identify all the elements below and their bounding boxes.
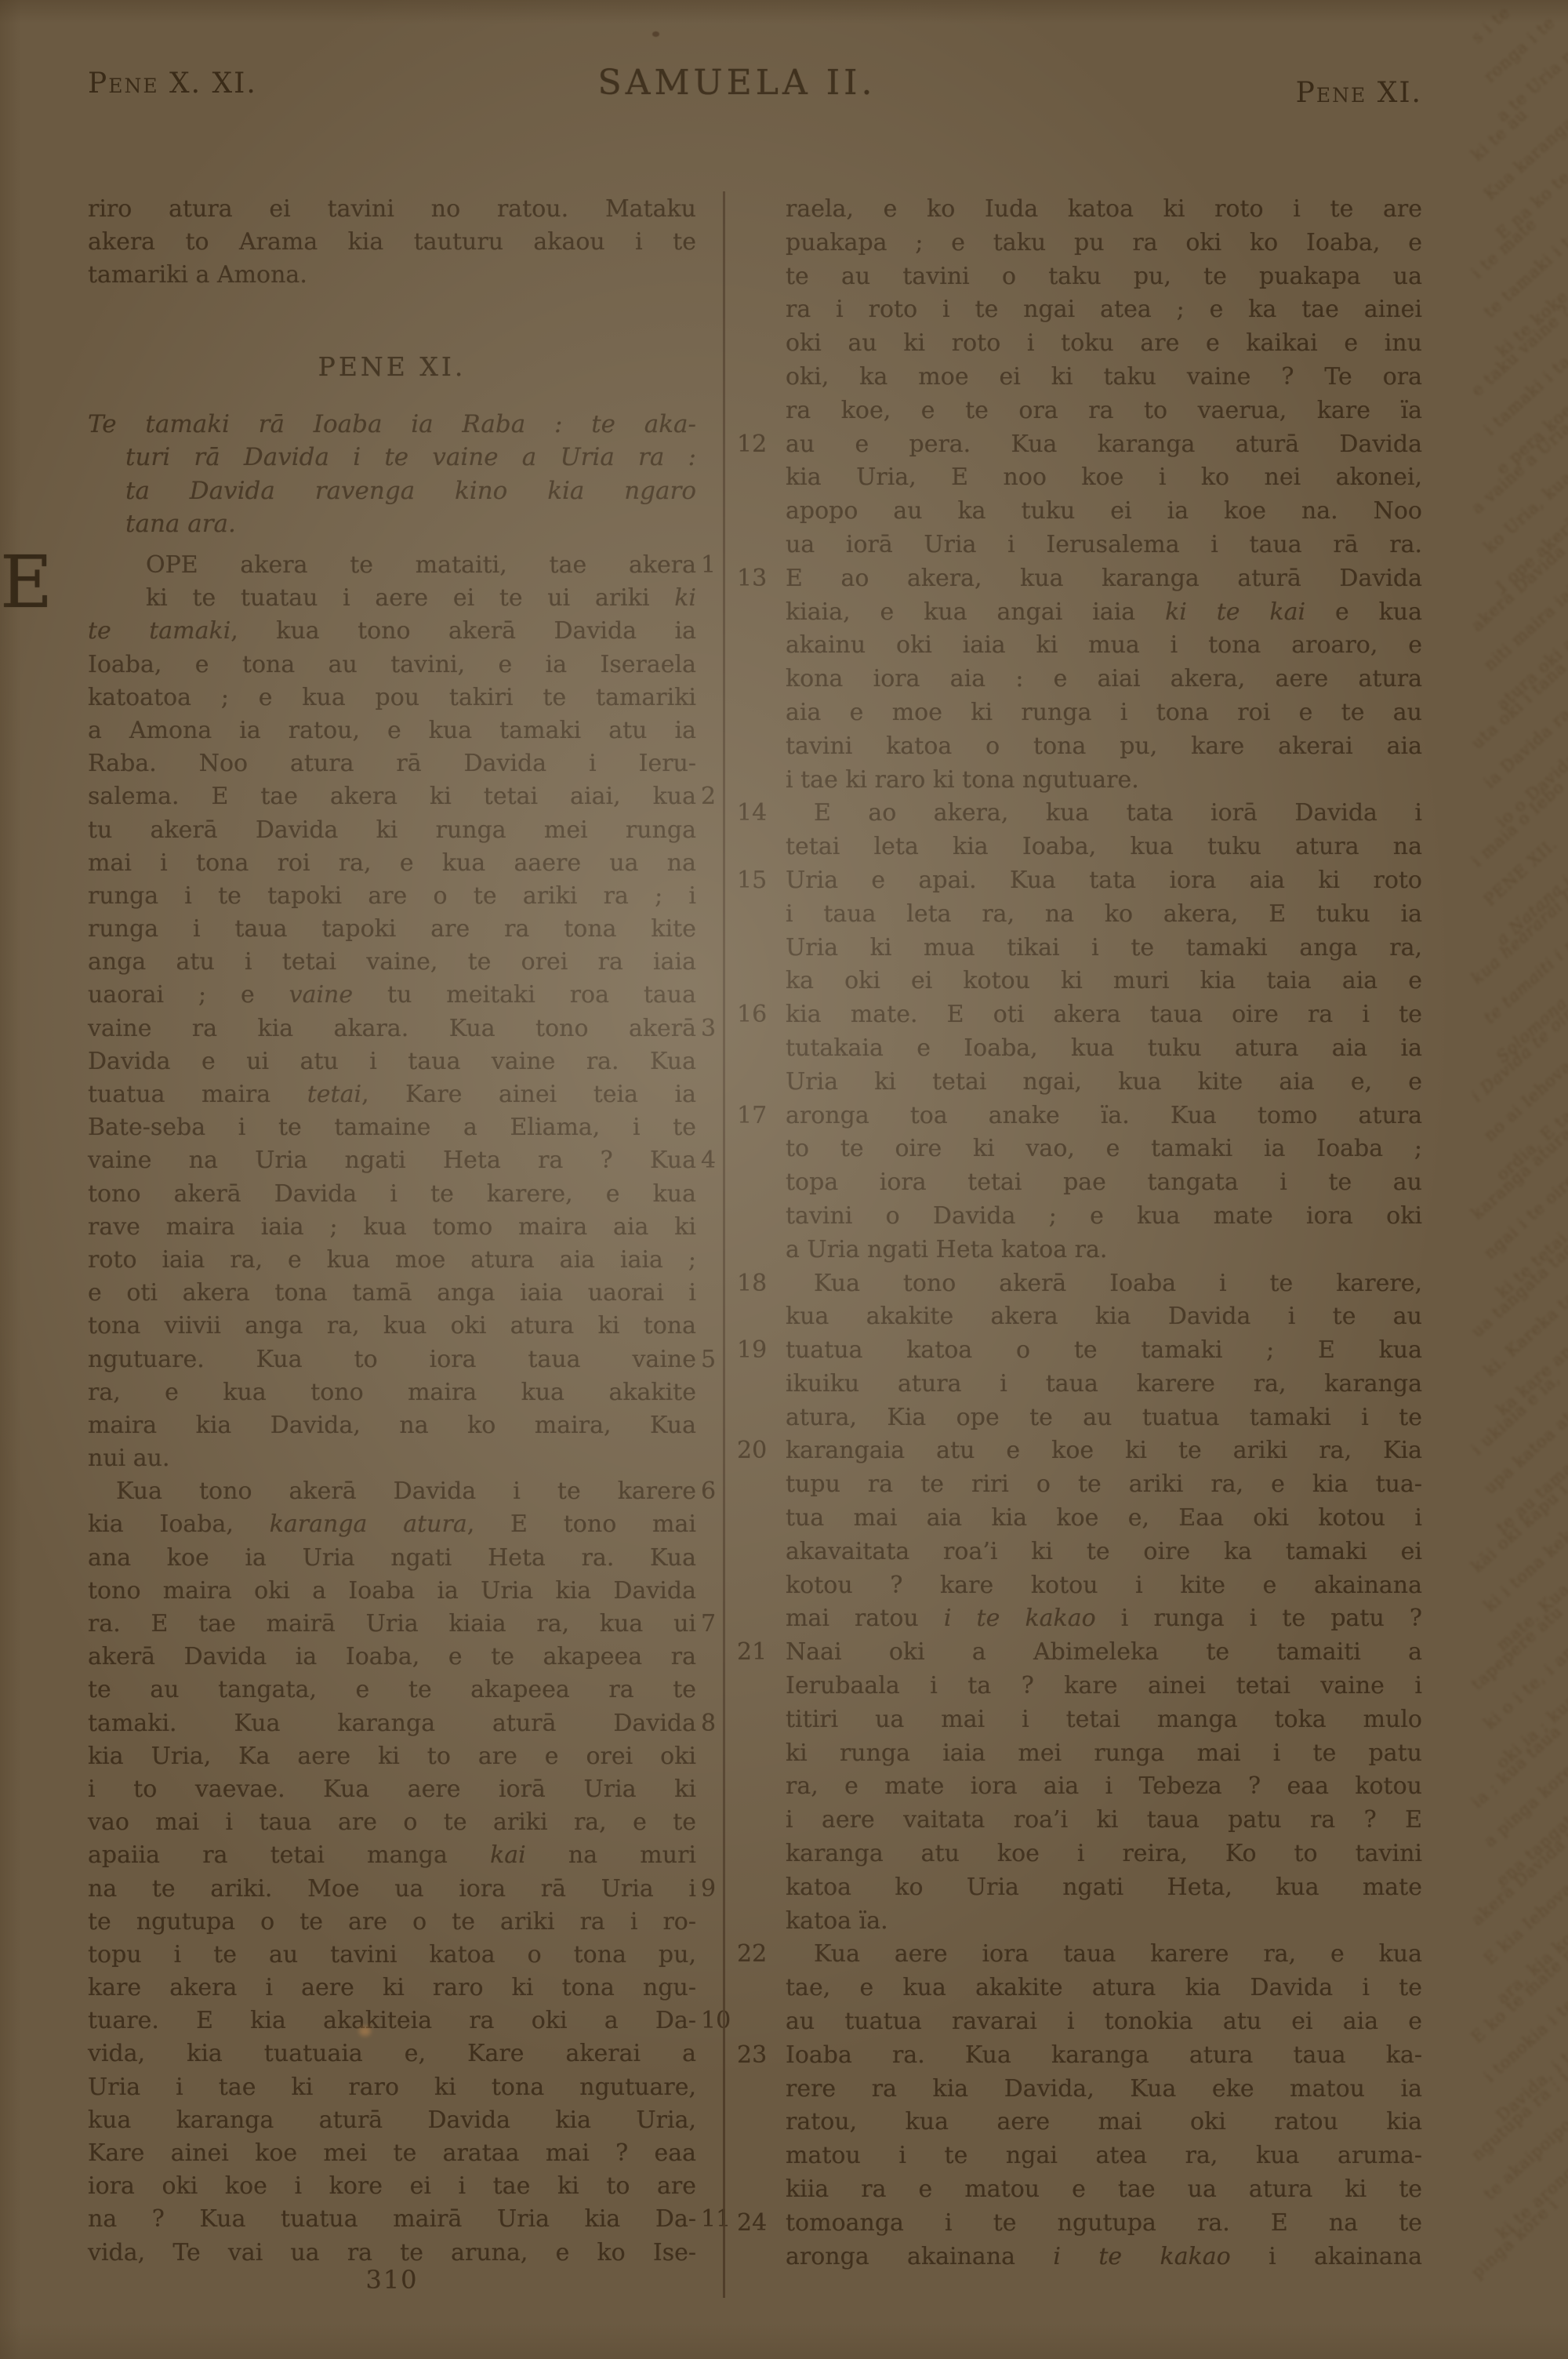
verse-number: 12: [737, 428, 773, 462]
text-line: 14E ao akera, kua tata iorā Davida i: [786, 797, 1422, 831]
italic-text: ki te kai: [1165, 598, 1305, 626]
text-line: tona viivii anga ra, kua oki atura ki to…: [88, 1310, 696, 1343]
line-text: , E tono mai: [467, 1510, 696, 1538]
line-text: ta Davida ravenga kino kia ngaro: [125, 477, 696, 505]
line-text: kare akera i aere ki raro ki tona ngu-: [88, 1974, 696, 2001]
text-line: kia Ioaba, karanga atura, E tono mai: [88, 1508, 696, 1541]
line-text: ra i roto i te ngai atea ; e ka tae aine…: [786, 296, 1422, 323]
line-text: akavaitata roa’i ki te oire ka tamaki ei: [786, 1538, 1422, 1565]
line-text: au e pera. Kua karanga aturā Davida: [786, 431, 1422, 458]
text-line: to te oire ki vao, e tamaki ia Ioaba ;: [786, 1132, 1422, 1166]
line-text: titiri ua mai i tetai manga toka mulo: [786, 1706, 1422, 1733]
text-line: 5ngutuare. Kua to iora taua vaine: [88, 1343, 696, 1376]
line-text: Uria ki tetai ngai, kua kite aia e, e: [786, 1068, 1422, 1096]
running-head-right: Pene XI.: [1296, 77, 1422, 109]
text-line: tu akerā Davida ki runga mei runga: [88, 814, 696, 847]
line-text: mai ratou: [786, 1605, 944, 1632]
verse-number: 17: [737, 1100, 773, 1133]
text-line: 10tuare. E kia akakiteia ra oki a Da-: [88, 2005, 696, 2037]
text-line: katoa ko Uria ngati Heta, kua mate: [786, 1871, 1422, 1905]
line-text: ua iorā Uria i Ierusalema i taua rā ra.: [786, 531, 1422, 558]
blurred-text-fragment: tapepere atu: [1468, 1602, 1566, 1694]
italic-text: te tamaki: [88, 617, 230, 645]
text-line: ta Davida ravenga kino kia ngaro: [88, 474, 696, 507]
line-text: tupu ra te riri o te ariki ra, e kia tua…: [786, 1470, 1422, 1498]
text-line: vao mai i taua are o te ariki ra, e te: [88, 1806, 696, 1839]
text-line: kiia ra e matou e tae ua atura ki te: [786, 2173, 1422, 2207]
drop-cap: E: [0, 551, 53, 623]
text-line: te tamaki, kua tono akerā Davida ia: [88, 615, 696, 648]
text-line: a Amona ia ratou, e kua tamaki atu ia: [88, 714, 696, 747]
verse-number: 7: [701, 1608, 737, 1641]
line-text: kia Uria, Ka aere ki to are e orei oki: [88, 1743, 696, 1770]
italic-text: ki: [674, 584, 696, 612]
line-text: te au tavini o taku pu, te puakapa ua: [786, 263, 1422, 290]
text-line: uaorai ; e vaine tu meitaki roa taua: [88, 979, 696, 1012]
line-text: katoa ko Uria ngati Heta, kua mate: [786, 1874, 1422, 1901]
text-line: 4vaine na Uria ngati Heta ra ? Kua: [88, 1144, 696, 1177]
line-text: ngutuare. Kua to iora taua vaine: [88, 1346, 696, 1373]
line-text: rave maira iaia ; kua tomo maira aia ki: [88, 1213, 696, 1241]
line-text: oki au ki roto i toku are e kaikai e inu: [786, 329, 1422, 357]
line-text: apaiia ra tetai manga: [88, 1841, 490, 1869]
line-text: kia Ioaba,: [88, 1510, 270, 1538]
text-line: ra koe, e te ora ra to vaerua, kare ïa: [786, 394, 1422, 428]
text-line: roto iaia ra, e kua moe atura aia iaia ;: [88, 1244, 696, 1277]
line-text: kiaia, e kua angai iaia: [786, 598, 1165, 626]
blurred-text-fragment: a vaine a Uria: [1468, 418, 1568, 518]
line-text: vaine ra kia akara. Kua tono akerā: [88, 1015, 696, 1042]
line-text: atura, Kia ope te au tuatua tamaki i te: [786, 1404, 1422, 1431]
verse-number: 18: [737, 1267, 773, 1301]
foxing-spot: [359, 2026, 371, 2036]
page-number: 310: [88, 2265, 696, 2295]
verse-number: 23: [737, 2039, 773, 2073]
text-line: ana koe ia Uria ngati Heta ra. Kua: [88, 1542, 696, 1575]
line-text: tavini katoa o tona pu, kare akerai aia: [786, 732, 1422, 760]
text-line: ua iorā Uria i Ierusalema i taua rā ra.: [786, 529, 1422, 562]
line-text: kia Uria, E noo koe i ko nei akonei,: [786, 463, 1422, 491]
text-line: apopo au ka tuku ei ia koe na. Noo: [786, 495, 1422, 529]
text-line: 19tuatua katoa o te tamaki ; E kua: [786, 1334, 1422, 1368]
line-text: roto iaia ra, e kua moe atura aia iaia ;: [88, 1246, 696, 1274]
verse-number: 21: [737, 1636, 773, 1670]
line-text: tono akerā Davida i te karere, e kua: [88, 1180, 696, 1208]
line-text: karanga atu koe i reira, Ko to tavini: [786, 1840, 1422, 1867]
line-text: iora oki koe i kore ei i tae ki to are: [88, 2172, 696, 2200]
text-line: 20karangaia atu e koe ki te ariki ra, Ki…: [786, 1434, 1422, 1468]
blurred-text-fragment: akerā Davida: [1468, 541, 1568, 635]
line-text: na te ariki. Moe ua iora rā Uria i: [88, 1875, 696, 1903]
text-line: kua akakite akera kia Davida i te au: [786, 1300, 1422, 1334]
text-line: akavaitata roa’i ki te oire ka tamaki ei: [786, 1536, 1422, 1569]
line-text: akera to Arama kia tauturu akaou i te: [88, 228, 696, 256]
line-text: kiia ra e matou e tae ua atura ki te: [786, 2175, 1422, 2203]
line-text: i to vaevae. Kua aere iorā Uria ki: [88, 1776, 696, 1803]
text-line: 2salema. E tae akera ki tetai aiai, kua: [88, 780, 696, 813]
text-line: apaiia ra tetai manga kai na muri: [88, 1839, 696, 1872]
line-text: katoatoa ; e kua pou takiri te tamariki: [88, 684, 696, 711]
verse-number: 13: [737, 562, 773, 596]
verse-number: 10: [701, 2005, 737, 2037]
line-text: ana koe ia Uria ngati Heta ra. Kua: [88, 1544, 696, 1572]
line-text: apopo au ka tuku ei ia koe na. Noo: [786, 497, 1422, 525]
line-text: , Kare ainei teia ia: [361, 1081, 696, 1108]
line-text: vao mai i taua are o te ariki ra, e te: [88, 1808, 696, 1836]
blurred-text-fragment: kāi oki kapu i: [1468, 1480, 1568, 1576]
text-line: ra, e kua tono maira kua akakite: [88, 1376, 696, 1409]
text-line: titiri ua mai i tetai manga toka mulo: [786, 1703, 1422, 1737]
text-line: 12au e pera. Kua karanga aturā Davida: [786, 428, 1422, 462]
line-text: aronga akainana: [786, 2243, 1053, 2270]
text-line: karanga atu koe i reira, Ko to tavini: [786, 1837, 1422, 1871]
line-text: Uria i tae ki raro ki tona ngutuare,: [88, 2074, 696, 2101]
text-line: tae, e kua akakite atura kia Davida i te: [786, 1972, 1422, 2005]
text-line: runga i te tapoki are o te ariki ra ; i: [88, 880, 696, 913]
line-text: tono maira oki a Ioaba ia Uria kia David…: [88, 1577, 696, 1605]
italic-text: i te kakao: [944, 1605, 1096, 1632]
text-line: 8tamaki. Kua karanga aturā Davida: [88, 1707, 696, 1740]
text-line: e oti akera tona tamā anga iaia uaorai i: [88, 1277, 696, 1310]
text-line: vida, kia tuatuaia e, Kare akerai a: [88, 2037, 696, 2070]
text-line: anga atu i tetai vaine, te orei ra iaia: [88, 946, 696, 979]
text-line: Te tamaki rā Ioaba ia Raba : te aka-: [88, 408, 696, 441]
line-text: Ioaba, e tona au tavini, e ia Iseraela: [88, 651, 696, 678]
line-text: E ao akera, kua karanga aturā Davida: [786, 565, 1422, 592]
text-line: turi rā Davida i te vaine a Uria ra :: [88, 441, 696, 474]
book-photo: Pene X. XI. SAMUELA II. Pene XI. riro at…: [0, 0, 1568, 2359]
line-text: rere ra kia Davida, Kua eke matou ia: [786, 2075, 1422, 2103]
text-line: raela, e ko Iuda katoa ki roto i te are: [786, 193, 1422, 227]
line-text: uaorai ; e: [88, 981, 289, 1009]
text-line: tavini katoa o tona pu, kare akerai aia: [786, 730, 1422, 764]
line-text: turi rā Davida i te vaine a Uria ra :: [125, 443, 696, 471]
text-line: te au tangata, e te akapeea ra te: [88, 1674, 696, 1707]
line-text: kona iora aia : e aiai akera, aere atura: [786, 665, 1422, 692]
text-line: tetai leta kia Ioaba, kua tuku atura na: [786, 831, 1422, 864]
text-line: ikuiku atura i taua karere ra, karanga: [786, 1368, 1422, 1401]
line-text: i runga i te patu ?: [1096, 1605, 1422, 1632]
verse-number: 11: [701, 2203, 737, 2236]
text-line: 6Kua tono akerā Davida i te karere: [88, 1475, 696, 1508]
line-text: ki runga iaia mei runga mai i te patu: [786, 1739, 1422, 1767]
text-line: mai ratou i te kakao i runga i te patu ?: [786, 1602, 1422, 1636]
line-text: tu meitaki roa taua: [353, 981, 696, 1009]
line-text: riro atura ei tavini no ratou. Mataku: [88, 195, 696, 223]
line-text: te ngutupa o te are o te ariki ra i ro-: [88, 1908, 696, 1936]
line-text: kia mate. E oti akera taua oire ra i te: [786, 1001, 1422, 1028]
text-line: Raba. Noo atura rā Davida i Ieru-: [88, 747, 696, 780]
line-text: akainu oki iaia ki mua i tona aroaro, e: [786, 631, 1422, 659]
line-text: Uria e apai. Kua tata iora aia ki roto: [786, 867, 1422, 894]
italic-text: i te kakao: [1053, 2243, 1230, 2270]
line-text: aia e moe ki runga i tona roi e te au: [786, 699, 1422, 726]
line-text: Ioaba ra. Kua karanga atura taua ka-: [786, 2041, 1422, 2069]
line-text: ra, e kua tono maira kua akakite: [88, 1379, 696, 1406]
verse-number: 15: [737, 864, 773, 898]
text-line: 15Uria e apai. Kua tata iora aia ki roto: [786, 864, 1422, 898]
text-line: 18Kua tono akerā Ioaba i te karere,: [786, 1267, 1422, 1301]
line-text: tua mai aia kia koe e, Eaa oki kotou i: [786, 1504, 1422, 1532]
text-line: matou i te ngai atea ra, kua aruma-: [786, 2139, 1422, 2173]
text-line: kare akera i aere ki raro ki tona ngu-: [88, 1972, 696, 2005]
line-text: to te oire ki vao, e tamaki ia Ioaba ;: [786, 1135, 1422, 1162]
line-text: na muri: [526, 1841, 696, 1869]
line-text: runga i te tapoki are o te ariki ra ; i: [88, 882, 696, 910]
italic-text: karanga atura: [270, 1510, 467, 1538]
verse-number: 4: [701, 1144, 737, 1177]
line-text: e oti akera tona tamā anga iaia uaorai i: [88, 1279, 696, 1307]
text-line: 7ra. E tae mairā Uria kiaia ra, kua ui: [88, 1608, 696, 1641]
italic-text: kai: [490, 1841, 526, 1869]
verse-number: 2: [701, 780, 737, 813]
blurred-text-fragment: e taku vaine ?: [1468, 301, 1568, 400]
text-line: 21Naai oki a Abimeleka te tamaiti a: [786, 1636, 1422, 1670]
line-text: matou i te ngai atea ra, kua aruma-: [786, 2142, 1422, 2169]
line-text: Kare ainei koe mei te arataa mai ? eaa: [88, 2139, 696, 2167]
right-column: raela, e ko Iuda katoa ki roto i te arep…: [786, 193, 1422, 2274]
line-text: kua akakite akera kia Davida i te au: [786, 1303, 1422, 1330]
text-line: 24tomoanga i te ngutupa ra. E na te: [786, 2207, 1422, 2241]
text-line: katoatoa ; e kua pou takiri te tamariki: [88, 682, 696, 714]
blurred-text-fragment: i maia o Iebo: [1468, 777, 1568, 871]
verse-number: 22: [737, 1938, 773, 1972]
line-text: oki, ka moe ei ki taku vaine ? Te ora: [786, 363, 1422, 391]
text-line: ratou, kua aere mai oki ratou kia: [786, 2106, 1422, 2139]
text-line: atura, Kia ope te au tuatua tamaki i te: [786, 1401, 1422, 1435]
text-line: a Uria ngati Heta katoa ra.: [786, 1234, 1422, 1267]
text-line: 13E ao akera, kua karanga aturā Davida: [786, 562, 1422, 596]
text-line: ra, e mate iora aia i Tebeza ? eaa kotou: [786, 1770, 1422, 1804]
verse-number: 6: [701, 1475, 737, 1508]
verse-number: 1: [701, 549, 737, 582]
text-line: ra i roto i te ngai atea ; e ka tae aine…: [786, 293, 1422, 327]
chapter-heading: PENE XI.: [88, 351, 696, 382]
verse-number: 14: [737, 797, 773, 831]
line-text: Raba. Noo atura rā Davida i Ieru-: [88, 750, 696, 777]
text-line: Uria ki tetai ngai, kua kite aia e, e: [786, 1066, 1422, 1100]
line-text: Kua aere iora taua karere ra, e kua: [814, 1940, 1422, 1968]
text-line: tavini o Davida ; e kua mate iora oki: [786, 1200, 1422, 1234]
text-line: topu i te au tavini katoa o tona pu,: [88, 1939, 696, 1972]
line-text: vaine na Uria ngati Heta ra ? Kua: [88, 1147, 696, 1174]
line-text: tuatua katoa o te tamaki ; E kua: [786, 1336, 1422, 1364]
text-line: kia Uria, Ka aere ki to are e orei oki: [88, 1740, 696, 1773]
text-line: i to vaevae. Kua aere iorā Uria ki: [88, 1773, 696, 1806]
text-line: puakapa ; e taku pu ra oki ko Ioaba, e: [786, 227, 1422, 260]
text-line: 3vaine ra kia akara. Kua tono akerā: [88, 1012, 696, 1045]
verse-number: 24: [737, 2207, 773, 2241]
line-text: tana ara.: [125, 510, 236, 538]
text-line: runga i taua tapoki are ra tona kite: [88, 913, 696, 946]
text-line: iora oki koe i kore ei i tae ki to are: [88, 2170, 696, 2203]
text-line: 23Ioaba ra. Kua karanga atura taua ka-: [786, 2039, 1422, 2073]
text-line: rere ra kia Davida, Kua eke matou ia: [786, 2073, 1422, 2106]
text-line: nui au.: [88, 1442, 696, 1475]
line-text: te au tangata, e te akapeea ra te: [88, 1676, 696, 1703]
blurred-text-fragment: s i te: [1468, 2, 1514, 46]
verse-number: 3: [701, 1012, 737, 1045]
line-text: ikuiku atura i taua karere ra, karanga: [786, 1370, 1422, 1398]
line-text: i aere vaitata roa’i ki taua patu ra ? E: [786, 1806, 1422, 1834]
text-line: Bate-seba i te tamaine a Eliama, i te: [88, 1111, 696, 1144]
line-text: akerā Davida ia Ioaba, e te akapeea ra: [88, 1643, 696, 1670]
text-line: ka oki ei kotou ki muri kia taia aia e: [786, 965, 1422, 998]
line-text: ra. E tae mairā Uria kiaia ra, kua ui: [88, 1610, 696, 1637]
line-text: Davida e ui atu i taua vaine ra. Kua: [88, 1048, 696, 1075]
verse-number: 8: [701, 1707, 737, 1740]
text-line: au tuatua ravarai i tonokia atu ei aia e: [786, 2005, 1422, 2039]
text-line: tuatua maira tetai, Kare ainei teia ia: [88, 1078, 696, 1111]
line-text: puakapa ; e taku pu ra oki ko Ioaba, e: [786, 229, 1422, 256]
text-line: 17aronga toa anake ïa. Kua tomo atura: [786, 1100, 1422, 1133]
line-text: tamaki. Kua karanga aturā Davida: [88, 1710, 696, 1737]
text-line: aronga akainana i te kakao i akainana: [786, 2241, 1422, 2274]
line-text: aronga toa anake ïa. Kua tomo atura: [786, 1102, 1422, 1129]
text-line: Ierubaala i ta ? kare ainei tetai vaine …: [786, 1670, 1422, 1703]
line-text: ra, e mate iora aia i Tebeza ? eaa kotou: [786, 1772, 1422, 1800]
line-text: ka oki ei kotou ki muri kia taia aia e: [786, 967, 1422, 994]
line-text: Bate-seba i te tamaine a Eliama, i te: [88, 1114, 696, 1141]
line-text: tu akerā Davida ki runga mei runga: [88, 816, 696, 844]
ink-dot: [652, 31, 659, 37]
line-text: na ? Kua tuatua mairā Uria kia Da-: [88, 2205, 696, 2233]
text-line: te ngutupa o te are o te ariki ra i ro-: [88, 1906, 696, 1939]
adjacent-page-edge: s i teronga i tea te Uria ngatiki te auK…: [1441, 0, 1568, 2359]
line-text: anga atu i tetai vaine, te orei ra iaia: [88, 948, 696, 976]
line-text: tuare. E kia akakiteia ra oki a Da-: [88, 2007, 696, 2034]
text-line: kua karanga aturā Davida kia Uria,: [88, 2104, 696, 2137]
line-text: ki te tuatau i aere ei te ui ariki: [146, 584, 674, 612]
text-line: ki te tuatau i aere ei te ui ariki ki: [88, 582, 696, 615]
text-line: 9na te ariki. Moe ua iora rā Uria i: [88, 1873, 696, 1906]
verse-number: 19: [737, 1334, 773, 1368]
line-text: katoa ïa.: [786, 1907, 888, 1935]
text-line: topa iora tetai pae tangata i te au: [786, 1166, 1422, 1200]
line-text: E ao akera, kua tata iorā Davida i: [814, 799, 1422, 827]
blurred-text-fragment: uta oki i tana: [1468, 658, 1568, 753]
text-line: Kare ainei koe mei te arataa mai ? eaa: [88, 2137, 696, 2170]
text-line: 16kia mate. E oti akera taua oire ra i t…: [786, 998, 1422, 1032]
line-text: tamariki a Amona.: [88, 261, 307, 289]
text-line: ki runga iaia mei runga mai i te patu: [786, 1737, 1422, 1771]
line-text: runga i taua tapoki are ra tona kite: [88, 915, 696, 943]
line-text: i akainana: [1231, 2243, 1422, 2270]
line-text: e kua: [1305, 598, 1422, 626]
line-text: raela, e ko Iuda katoa ki roto i te are: [786, 195, 1422, 223]
line-text: i taua leta ra, na ko akera, E tuku ia: [786, 900, 1422, 928]
book-title: SAMUELA II.: [345, 63, 1129, 103]
verse-number: 9: [701, 1873, 737, 1906]
text-line: tutakaia e Ioaba, kua tuku atura aia ia: [786, 1032, 1422, 1066]
text-line: kona iora aia : e aiai akera, aere atura: [786, 663, 1422, 696]
line-text: tomoanga i te ngutupa ra. E na te: [786, 2209, 1422, 2237]
column-divider-rule: [723, 191, 725, 2298]
text-line: katoa ïa.: [786, 1905, 1422, 1939]
italic-text: tetai: [307, 1081, 361, 1108]
line-text: tavini o Davida ; e kua mate iora oki: [786, 1202, 1422, 1230]
line-text: Naai oki a Abimeleka te tamaiti a: [786, 1638, 1422, 1666]
line-text: tutakaia e Ioaba, kua tuku atura aia ia: [786, 1034, 1422, 1062]
text-line: 22Kua aere iora taua karere ra, e kua: [786, 1938, 1422, 1972]
line-text: a Uria ngati Heta katoa ra.: [786, 1236, 1107, 1263]
text-line: tono akerā Davida i te karere, e kua: [88, 1178, 696, 1211]
text-line: 11na ? Kua tuatua mairā Uria kia Da-: [88, 2203, 696, 2236]
text-line: Davida e ui atu i taua vaine ra. Kua: [88, 1045, 696, 1078]
text-line: Uria ki mua tikai i te tamaki anga ra,: [786, 932, 1422, 965]
text-line: 1OPE akera te mataiti, tae akera: [88, 549, 696, 582]
line-text: nui au.: [88, 1445, 170, 1472]
line-text: vida, kia tuatuaia e, Kare akerai a: [88, 2040, 696, 2067]
text-line: akainu oki iaia ki mua i tona aroaro, e: [786, 629, 1422, 663]
line-text: vida, Te vai ua ra te aruna, e ko Ise-: [88, 2239, 696, 2266]
line-text: tetai leta kia Ioaba, kua tuku atura na: [786, 833, 1422, 860]
text-line: tono maira oki a Ioaba ia Uria kia David…: [88, 1575, 696, 1608]
line-text: Te tamaki rā Ioaba ia Raba : te aka-: [88, 410, 696, 438]
line-text: Ierubaala i ta ? kare ainei tetai vaine …: [786, 1672, 1422, 1699]
text-line: mai i tona roi ra, e kua aaere ua na: [88, 847, 696, 880]
text-line: kotou ? kare kotou i kite e akainana: [786, 1569, 1422, 1603]
line-text: mai i tona roi ra, e kua aaere ua na: [88, 849, 696, 877]
verse-number: 16: [737, 998, 773, 1032]
text-line: tua mai aia kia koe e, Eaa oki kotou i: [786, 1502, 1422, 1536]
line-text: karangaia atu e koe ki te ariki ra, Kia: [786, 1437, 1422, 1464]
text-line: riro atura ei tavini no ratou. Mataku: [88, 193, 696, 226]
text-line: akera to Arama kia tauturu akaou i te: [88, 226, 696, 259]
line-text: Uria ki mua tikai i te tamaki anga ra,: [786, 934, 1422, 961]
line-text: kua karanga aturā Davida kia Uria,: [88, 2106, 696, 2134]
text-line: kiaia, e kua angai iaia ki te kai e kua: [786, 596, 1422, 630]
line-text: au tuatua ravarai i tonokia atu ei aia e: [786, 2008, 1422, 2035]
line-text: topa iora tetai pae tangata i te au: [786, 1169, 1422, 1196]
text-line: i aere vaitata roa’i ki taua patu ra ? E: [786, 1804, 1422, 1837]
line-text: maira kia Davida, na ko maira, Kua: [88, 1412, 696, 1439]
verse-number: 5: [701, 1343, 737, 1376]
text-line: Ioaba, e tona au tavini, e ia Iseraela: [88, 649, 696, 682]
line-text: ratou, kua aere mai oki ratou kia: [786, 2108, 1422, 2135]
left-column: 1OPE akera te mataiti, tae akeraki te tu…: [88, 549, 696, 2270]
line-text: salema. E tae akera ki tetai aiai, kua: [88, 783, 696, 810]
line-text: Kua tono akerā Davida i te karere: [116, 1478, 696, 1505]
italic-text: vaine: [289, 981, 354, 1009]
line-text: , kua tono akerā Davida ia: [230, 617, 696, 645]
text-line: akerā Davida ia Ioaba, e te akapeea ra: [88, 1641, 696, 1674]
line-text: a Amona ia ratou, e kua tamaki atu ia: [88, 717, 696, 744]
line-text: i tae ki raro ki tona ngutuare.: [786, 766, 1139, 794]
text-line: oki, ka moe ei ki taku vaine ? Te ora: [786, 361, 1422, 394]
line-text: topu i te au tavini katoa o tona pu,: [88, 1941, 696, 1968]
text-line: i tae ki raro ki tona ngutuare.: [786, 764, 1422, 798]
running-head-left: Pene X. XI.: [88, 67, 257, 100]
verse-number: 20: [737, 1434, 773, 1468]
text-line: kia Uria, E noo koe i ko nei akonei,: [786, 461, 1422, 495]
text-line: tupu ra te riri o te ariki ra, e kia tua…: [786, 1468, 1422, 1502]
line-text: tuatua maira: [88, 1081, 307, 1108]
line-text: kotou ? kare kotou i kite e akainana: [786, 1572, 1422, 1599]
line-text: tona viivii anga ra, kua oki atura ki to…: [88, 1312, 696, 1339]
text-line: te au tavini o taku pu, te puakapa ua: [786, 260, 1422, 294]
line-text: OPE akera te mataiti, tae akera: [146, 551, 696, 579]
text-line: oki au ki roto i toku are e kaikai e inu: [786, 327, 1422, 361]
text-line: Uria i tae ki raro ki tona ngutuare,: [88, 2071, 696, 2104]
left-column-continuation: riro atura ei tavini no ratou. Matakuake…: [88, 193, 696, 293]
line-text: tae, e kua akakite atura kia Davida i te: [786, 1974, 1422, 2001]
text-line: tana ara.: [88, 507, 696, 540]
text-line: rave maira iaia ; kua tomo maira aia ki: [88, 1211, 696, 1244]
text-line: maira kia Davida, na ko maira, Kua: [88, 1409, 696, 1442]
chapter-summary: Te tamaki rā Ioaba ia Raba : te aka-turi…: [88, 408, 696, 541]
text-line: aia e moe ki runga i tona roi e te au: [786, 696, 1422, 730]
